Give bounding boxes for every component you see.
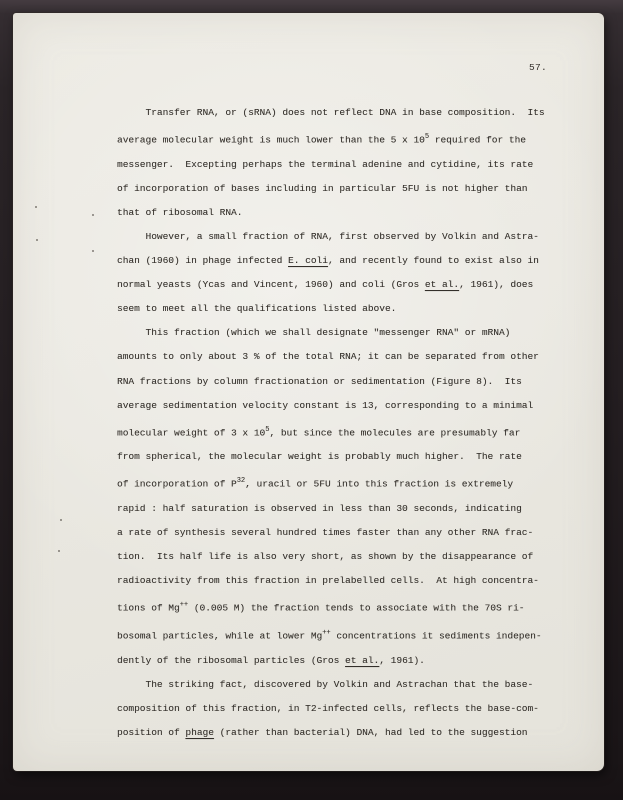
text-segment: rapid : half saturation is observed in l… bbox=[117, 503, 522, 514]
text-segment: , uracil or 5FU into this fraction is ex… bbox=[245, 479, 513, 490]
text-segment: average sedimentation velocity constant … bbox=[117, 400, 533, 411]
text-segment: seem to meet all the qualifications list… bbox=[117, 303, 396, 314]
text-segment: that of ribosomal RNA. bbox=[117, 207, 242, 218]
text-line: from spherical, the molecular weight is … bbox=[117, 445, 557, 469]
text-segment: However, a small fraction of RNA, first … bbox=[146, 231, 539, 242]
text-line: The striking fact, discovered by Volkin … bbox=[117, 673, 557, 697]
text-line: average molecular weight is much lower t… bbox=[117, 125, 557, 153]
text-segment: Transfer RNA, or (sRNA) does not reflect… bbox=[146, 107, 545, 118]
text-line: position of phage (rather than bacterial… bbox=[117, 721, 557, 745]
underlined-text: E. coli bbox=[288, 255, 328, 266]
text-segment: (rather than bacterial) DNA, had led to … bbox=[214, 727, 528, 738]
text-segment: amounts to only about 3 % of the total R… bbox=[117, 351, 539, 362]
text-line: average sedimentation velocity constant … bbox=[117, 394, 557, 418]
text-segment: This fraction (which we shall designate … bbox=[146, 327, 511, 338]
text-segment: (0.005 M) the fraction tends to associat… bbox=[188, 603, 524, 614]
scan-speck bbox=[92, 250, 94, 252]
text-segment: chan (1960) in phage infected bbox=[117, 255, 288, 266]
underlined-text: et al. bbox=[345, 655, 379, 666]
text-line: a rate of synthesis several hundred time… bbox=[117, 521, 557, 545]
text-segment: bosomal particles, while at lower Mg bbox=[117, 630, 322, 641]
page-number: 57. bbox=[529, 62, 547, 73]
text-line: RNA fractions by column fractionation or… bbox=[117, 370, 557, 394]
text-segment: , 1961). bbox=[379, 655, 425, 666]
text-segment: messenger. Excepting perhaps the termina… bbox=[117, 159, 533, 170]
text-line: tion. Its half life is also very short, … bbox=[117, 545, 557, 569]
underlined-text: et al. bbox=[425, 279, 459, 290]
text-segment: , but since the molecules are presumably… bbox=[269, 427, 520, 438]
scan-speck bbox=[58, 550, 60, 552]
superscript-text: 32 bbox=[237, 477, 245, 485]
text-line: rapid : half saturation is observed in l… bbox=[117, 497, 557, 521]
text-line: messenger. Excepting perhaps the termina… bbox=[117, 153, 557, 177]
scan-speck bbox=[35, 206, 37, 208]
text-line: of incorporation of P32, uracil or 5FU i… bbox=[117, 469, 557, 497]
underlined-text: phage bbox=[185, 727, 214, 738]
text-line: that of ribosomal RNA. bbox=[117, 201, 557, 225]
scan-speck bbox=[60, 519, 62, 521]
superscript-text: ++ bbox=[322, 629, 330, 637]
text-line: bosomal particles, while at lower Mg++ c… bbox=[117, 621, 557, 649]
text-segment: a rate of synthesis several hundred time… bbox=[117, 527, 533, 538]
text-segment: dently of the ribosomal particles (Gros bbox=[117, 655, 345, 666]
text-segment: average molecular weight is much lower t… bbox=[117, 135, 425, 146]
text-line: chan (1960) in phage infected E. coli, a… bbox=[117, 249, 557, 273]
text-line: Transfer RNA, or (sRNA) does not reflect… bbox=[117, 101, 557, 125]
text-line: However, a small fraction of RNA, first … bbox=[117, 225, 557, 249]
text-line: dently of the ribosomal particles (Gros … bbox=[117, 649, 557, 673]
text-segment: RNA fractions by column fractionation or… bbox=[117, 376, 522, 387]
text-segment: , and recently found to exist also in bbox=[328, 255, 539, 266]
text-segment: tion. Its half life is also very short, … bbox=[117, 551, 533, 562]
text-segment: , 1961), does bbox=[459, 279, 533, 290]
text-line: molecular weight of 3 x 105, but since t… bbox=[117, 418, 557, 446]
text-segment: position of bbox=[117, 727, 185, 738]
text-line: This fraction (which we shall designate … bbox=[117, 321, 557, 345]
text-line: seem to meet all the qualifications list… bbox=[117, 297, 557, 321]
text-segment: radioactivity from this fraction in prel… bbox=[117, 575, 539, 586]
text-segment: of incorporation of P bbox=[117, 479, 237, 490]
text-segment: of incorporation of bases including in p… bbox=[117, 183, 527, 194]
superscript-text: ++ bbox=[180, 601, 188, 609]
text-segment: tions of Mg bbox=[117, 603, 180, 614]
scan-speck bbox=[92, 214, 94, 216]
document-page: 57. Transfer RNA, or (sRNA) does not ref… bbox=[13, 13, 604, 771]
text-line: of incorporation of bases including in p… bbox=[117, 177, 557, 201]
text-line: normal yeasts (Ycas and Vincent, 1960) a… bbox=[117, 273, 557, 297]
scan-speck bbox=[36, 239, 38, 241]
text-segment: concentrations it sediments indepen- bbox=[331, 630, 542, 641]
text-segment: composition of this fraction, in T2-infe… bbox=[117, 703, 539, 714]
text-line: composition of this fraction, in T2-infe… bbox=[117, 697, 557, 721]
text-line: radioactivity from this fraction in prel… bbox=[117, 569, 557, 593]
text-segment: The striking fact, discovered by Volkin … bbox=[146, 679, 534, 690]
page-text: Transfer RNA, or (sRNA) does not reflect… bbox=[117, 101, 557, 745]
text-segment: from spherical, the molecular weight is … bbox=[117, 451, 522, 462]
text-segment: molecular weight of 3 x 10 bbox=[117, 427, 265, 438]
text-line: amounts to only about 3 % of the total R… bbox=[117, 345, 557, 369]
text-segment: normal yeasts (Ycas and Vincent, 1960) a… bbox=[117, 279, 425, 290]
text-segment: required for the bbox=[429, 135, 526, 146]
scan-background: 57. Transfer RNA, or (sRNA) does not ref… bbox=[0, 0, 623, 800]
text-line: tions of Mg++ (0.005 M) the fraction ten… bbox=[117, 593, 557, 621]
